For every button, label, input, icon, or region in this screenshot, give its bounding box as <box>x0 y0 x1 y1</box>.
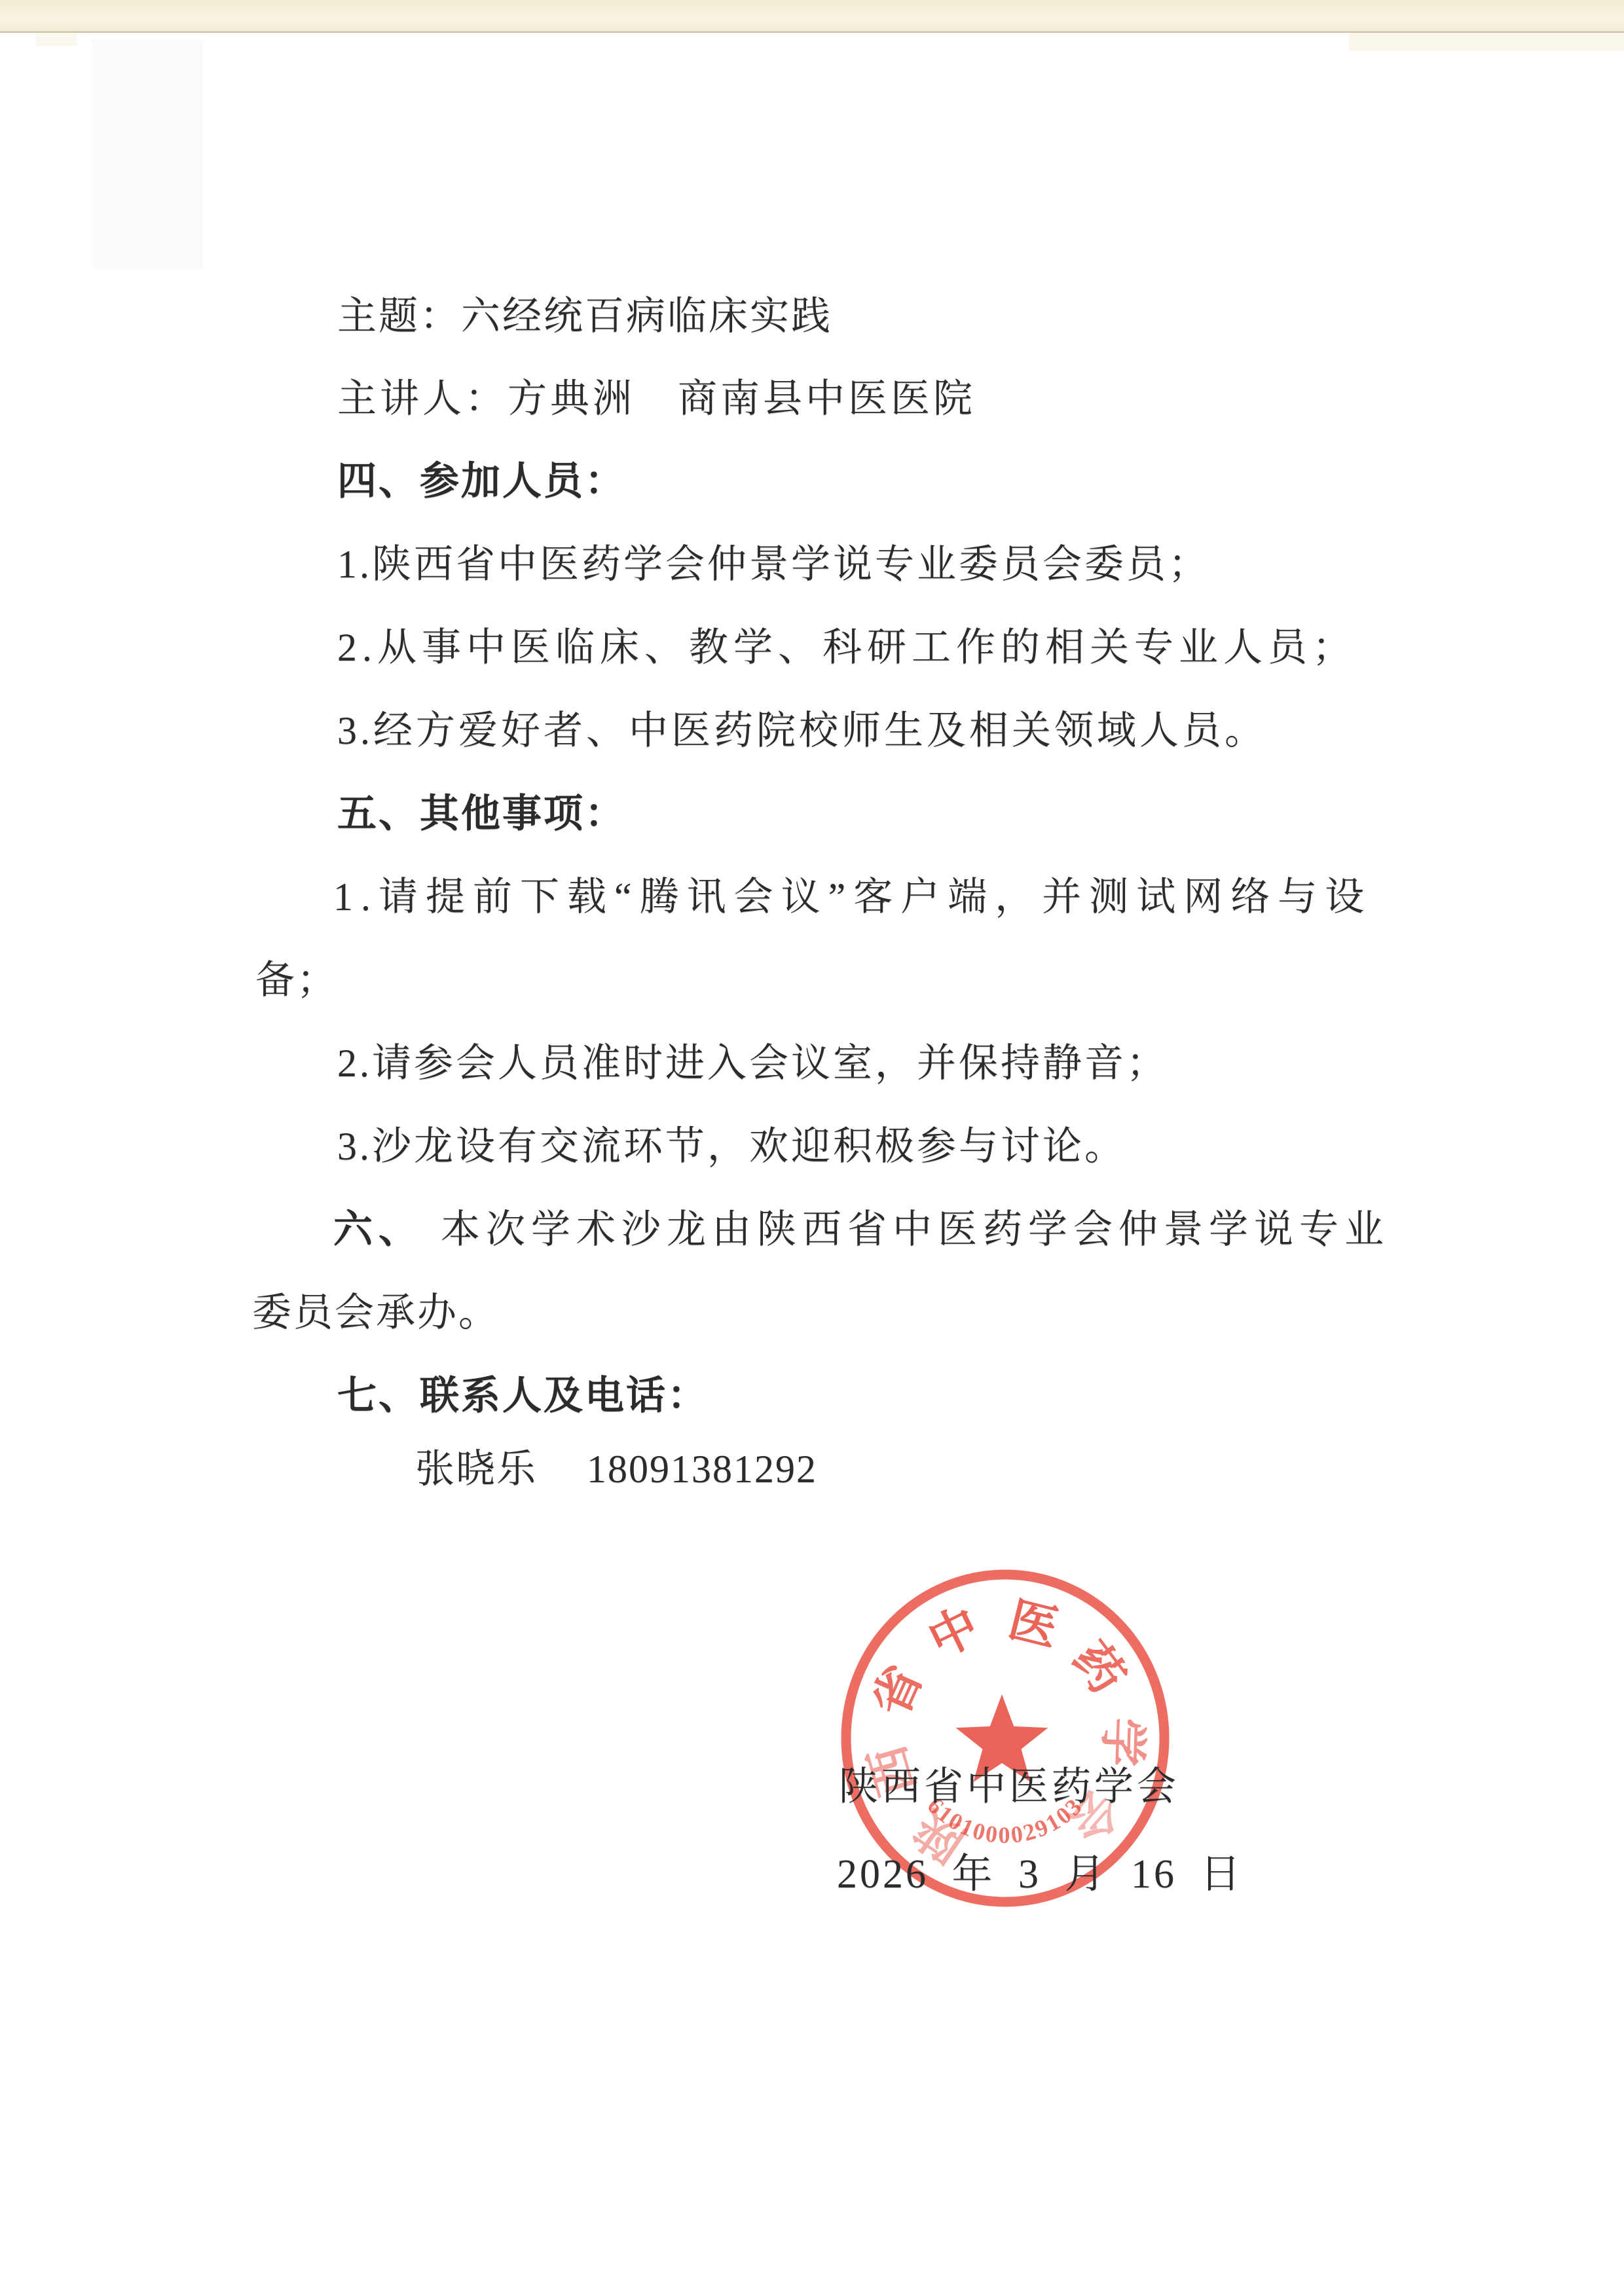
heading-participants: 四、参加人员： <box>337 461 626 501</box>
contact-name: 张晓乐 <box>415 1448 537 1491</box>
list-item-other-1: 1.请提前下载“腾讯会议”客户端，并测试网络与设 <box>333 877 1372 917</box>
heading-contact: 七、联系人及电话： <box>337 1376 709 1416</box>
list-item-other-3: 3.沙龙设有交流环节，欢迎积极参与讨论。 <box>337 1126 1126 1167</box>
doc-line-topic: 主题：六经统百病临床实践 <box>337 296 832 337</box>
paragraph-organizer: 六、本次学术沙龙由陕西省中医药学会仲景学说专业 <box>333 1209 1390 1250</box>
seal-char: 药 <box>1062 1633 1134 1704</box>
list-item-participants-1: 1.陕西省中医药学会仲景学说专业委员会委员； <box>337 544 1210 585</box>
seal-char: 医 <box>1003 1593 1063 1656</box>
paragraph-organizer-number: 六、 <box>333 1208 424 1251</box>
scan-edge-band <box>0 0 1624 33</box>
doc-line-speaker: 主讲人：方典洲 商南县中医医院 <box>337 378 976 419</box>
scanned-document-page: 主题：六经统百病临床实践 主讲人：方典洲 商南县中医医院 四、参加人员： 1.陕… <box>0 0 1624 2296</box>
seal-char: 学 <box>1094 1717 1150 1768</box>
list-item-other-2: 2.请参会人员准时进入会议室，并保持静音； <box>337 1043 1168 1084</box>
paragraph-organizer-text: 本次学术沙龙由陕西省中医药学会仲景学说专业 <box>441 1208 1390 1251</box>
seal-char: 省 <box>864 1658 932 1724</box>
list-item-participants-3: 3.经方爱好者、中医药院校师生及相关领域人员。 <box>337 710 1267 751</box>
signature-org: 陕西省中医药学会 <box>839 1766 1179 1807</box>
seal-char: 中 <box>921 1599 987 1668</box>
paragraph-organizer-wrap: 委员会承办。 <box>252 1292 500 1333</box>
heading-other-matters: 五、其他事项： <box>337 793 626 834</box>
list-item-participants-2: 2.从事中医临床、教学、科研工作的相关专业人员； <box>337 627 1357 668</box>
contact-line: 张晓乐18091381292 <box>415 1449 817 1489</box>
scan-edge-patch-right <box>1349 33 1624 51</box>
scan-edge-patch-left <box>36 33 77 46</box>
scan-smudge <box>92 39 203 268</box>
list-item-other-1-wrap: 备； <box>255 960 338 1000</box>
contact-phone: 18091381292 <box>587 1448 817 1491</box>
signature-date: 2026 年 3 月 16 日 <box>837 1854 1244 1895</box>
